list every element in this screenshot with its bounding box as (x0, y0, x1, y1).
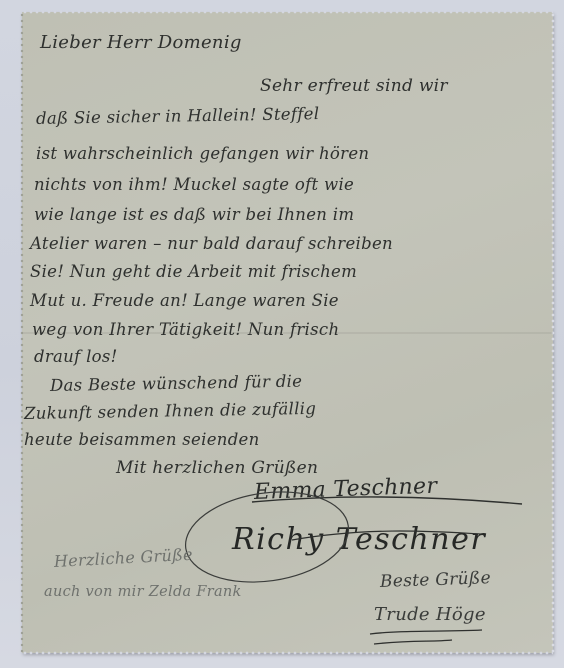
body-line: Mut u. Freude an! Lange waren Sie (30, 291, 339, 310)
salutation: Lieber Herr Domenig (40, 32, 242, 53)
body-line: weg von Ihrer Tätigkeit! Nun frisch (32, 320, 339, 339)
body-line: daß Sie sicher in Hallein! Steffel (36, 104, 320, 128)
perforated-edge-bottom (22, 651, 553, 655)
body-line: ist wahrscheinlich gefangen wir hören (36, 144, 369, 163)
body-line: Atelier waren – nur bald darauf schreibe… (30, 234, 393, 253)
perforated-edge-top (22, 10, 553, 14)
postscript-right-greeting: Beste Grüße (380, 568, 492, 592)
body-line: nichts von ihm! Muckel sagte oft wie (34, 175, 354, 194)
signature-emma-teschner: Emma Teschner (254, 474, 438, 505)
signature-underline-flourish (362, 624, 502, 654)
body-line: wie lange ist es daß wir bei Ihnen im (34, 205, 354, 224)
postscript-left-greeting: Herzliche Grüße (54, 545, 194, 571)
closing-line: Mit herzlichen Grüßen (116, 458, 318, 478)
body-line: Sehr erfreut sind wir (260, 76, 448, 96)
body-line: Sie! Nun geht die Arbeit mit frischem (30, 262, 357, 281)
body-line: drauf los! (34, 347, 118, 366)
postscript-right-signature: Trude Höge (374, 604, 486, 625)
body-line: Zukunft senden Ihnen die zufällig (24, 399, 316, 423)
signature-richy-teschner: Richy Teschner (232, 522, 486, 557)
body-line: heute beisammen seienden (24, 430, 260, 449)
postscript-left-signature: auch von mir Zelda Frank (44, 584, 242, 600)
body-line: Das Beste wünschend für die (50, 372, 303, 395)
letter-card: Lieber Herr Domenig Sehr erfreut sind wi… (22, 12, 553, 653)
